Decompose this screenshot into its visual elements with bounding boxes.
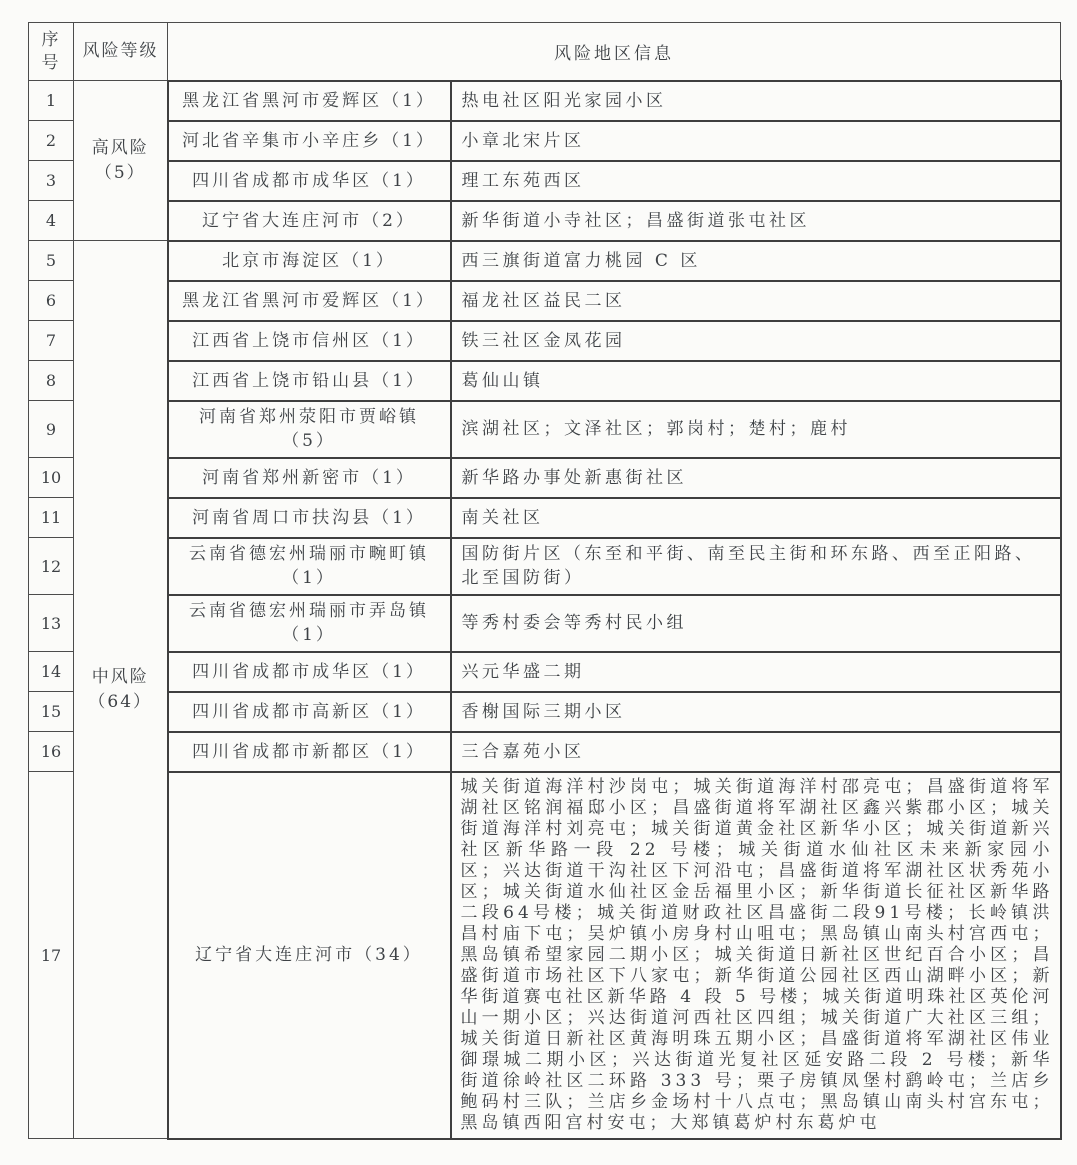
row-index-cell: 14 — [29, 652, 74, 692]
row-index-cell: 9 — [29, 401, 74, 458]
table-body: 1高风险（5）黑龙江省黑河市爱辉区（1）热电社区阳光家园小区2河北省辛集市小辛庄… — [29, 81, 1061, 1139]
header-cell-index: 序号 — [29, 23, 74, 81]
table-row: 14四川省成都市成华区（1）兴元华盛二期 — [29, 652, 1061, 692]
region-cell: 北京市海淀区（1） — [168, 241, 451, 281]
header-cell-level: 风险等级 — [74, 23, 168, 81]
region-cell: 河南省郑州新密市（1） — [168, 458, 451, 498]
header-cell-info: 风险地区信息 — [168, 23, 1061, 81]
table-row: 9河南省郑州荥阳市贾峪镇（5）滨湖社区；文泽社区；郭岗村；楚村；鹿村 — [29, 401, 1061, 458]
region-cell: 云南省德宏州瑞丽市畹町镇（1） — [168, 538, 451, 595]
region-cell: 河北省辛集市小辛庄乡（1） — [168, 121, 451, 161]
region-cell: 四川省成都市成华区（1） — [168, 161, 451, 201]
row-index-cell: 5 — [29, 241, 74, 281]
region-cell: 河南省郑州荥阳市贾峪镇（5） — [168, 401, 451, 458]
region-cell: 黑龙江省黑河市爱辉区（1） — [168, 81, 451, 121]
risk-level-label: 高风险 — [78, 136, 163, 161]
table-row: 8江西省上饶市铅山县（1）葛仙山镇 — [29, 361, 1061, 401]
row-index-cell: 16 — [29, 732, 74, 772]
row-index-cell: 17 — [29, 772, 74, 1139]
table-row: 1高风险（5）黑龙江省黑河市爱辉区（1）热电社区阳光家园小区 — [29, 81, 1061, 121]
row-index-cell: 1 — [29, 81, 74, 121]
risk-level-cell: 中风险（64） — [74, 241, 168, 1139]
detail-cell: 城关街道海洋村沙岗屯；城关街道海洋村邵亮屯；昌盛街道将军湖社区铭润福邸小区；昌盛… — [451, 772, 1061, 1139]
detail-cell: 理工东苑西区 — [451, 161, 1061, 201]
row-index-cell: 11 — [29, 498, 74, 538]
detail-cell: 兴元华盛二期 — [451, 652, 1061, 692]
detail-cell: 三合嘉苑小区 — [451, 732, 1061, 772]
table-row: 3四川省成都市成华区（1）理工东苑西区 — [29, 161, 1061, 201]
region-cell: 四川省成都市高新区（1） — [168, 692, 451, 732]
detail-cell: 西三旗街道富力桃园 C 区 — [451, 241, 1061, 281]
region-cell: 四川省成都市成华区（1） — [168, 652, 451, 692]
detail-cell: 南关社区 — [451, 498, 1061, 538]
table-row: 6黑龙江省黑河市爱辉区（1）福龙社区益民二区 — [29, 281, 1061, 321]
region-cell: 江西省上饶市信州区（1） — [168, 321, 451, 361]
page-container: 序号 风险等级 风险地区信息 1高风险（5）黑龙江省黑河市爱辉区（1）热电社区阳… — [0, 0, 1077, 1165]
row-index-cell: 3 — [29, 161, 74, 201]
detail-cell: 福龙社区益民二区 — [451, 281, 1061, 321]
detail-cell: 滨湖社区；文泽社区；郭岗村；楚村；鹿村 — [451, 401, 1061, 458]
detail-cell: 小章北宋片区 — [451, 121, 1061, 161]
table-row: 7江西省上饶市信州区（1）铁三社区金凤花园 — [29, 321, 1061, 361]
row-index-cell: 13 — [29, 595, 74, 652]
table-row: 4辽宁省大连庄河市（2）新华街道小寺社区；昌盛街道张屯社区 — [29, 201, 1061, 241]
table-row: 2河北省辛集市小辛庄乡（1）小章北宋片区 — [29, 121, 1061, 161]
table-row: 16四川省成都市新都区（1）三合嘉苑小区 — [29, 732, 1061, 772]
table-row: 12云南省德宏州瑞丽市畹町镇（1）国防街片区（东至和平街、南至民主街和环东路、西… — [29, 538, 1061, 595]
row-index-cell: 10 — [29, 458, 74, 498]
region-cell: 四川省成都市新都区（1） — [168, 732, 451, 772]
risk-area-table: 序号 风险等级 风险地区信息 1高风险（5）黑龙江省黑河市爱辉区（1）热电社区阳… — [28, 22, 1062, 1140]
region-cell: 云南省德宏州瑞丽市弄岛镇（1） — [168, 595, 451, 652]
row-index-cell: 2 — [29, 121, 74, 161]
table-row: 10河南省郑州新密市（1）新华路办事处新惠街社区 — [29, 458, 1061, 498]
risk-level-count: （5） — [78, 161, 163, 186]
table-row: 13云南省德宏州瑞丽市弄岛镇（1）等秀村委会等秀村民小组 — [29, 595, 1061, 652]
detail-cell: 新华路办事处新惠街社区 — [451, 458, 1061, 498]
detail-cell: 铁三社区金凤花园 — [451, 321, 1061, 361]
row-index-cell: 12 — [29, 538, 74, 595]
region-cell: 辽宁省大连庄河市（34） — [168, 772, 451, 1139]
region-cell: 江西省上饶市铅山县（1） — [168, 361, 451, 401]
table-row: 5中风险（64）北京市海淀区（1）西三旗街道富力桃园 C 区 — [29, 241, 1061, 281]
detail-cell: 热电社区阳光家园小区 — [451, 81, 1061, 121]
risk-level-label: 中风险 — [78, 665, 163, 690]
detail-cell: 葛仙山镇 — [451, 361, 1061, 401]
row-index-cell: 6 — [29, 281, 74, 321]
row-index-cell: 4 — [29, 201, 74, 241]
region-cell: 辽宁省大连庄河市（2） — [168, 201, 451, 241]
table-header-row: 序号 风险等级 风险地区信息 — [29, 23, 1061, 81]
detail-cell: 国防街片区（东至和平街、南至民主街和环东路、西至正阳路、北至国防街） — [451, 538, 1061, 595]
risk-level-count: （64） — [78, 690, 163, 715]
table-row: 15四川省成都市高新区（1）香榭国际三期小区 — [29, 692, 1061, 732]
region-cell: 河南省周口市扶沟县（1） — [168, 498, 451, 538]
detail-cell: 香榭国际三期小区 — [451, 692, 1061, 732]
risk-level-cell: 高风险（5） — [74, 81, 168, 241]
table-row: 11河南省周口市扶沟县（1）南关社区 — [29, 498, 1061, 538]
row-index-cell: 8 — [29, 361, 74, 401]
detail-cell: 新华街道小寺社区；昌盛街道张屯社区 — [451, 201, 1061, 241]
row-index-cell: 7 — [29, 321, 74, 361]
detail-cell: 等秀村委会等秀村民小组 — [451, 595, 1061, 652]
region-cell: 黑龙江省黑河市爱辉区（1） — [168, 281, 451, 321]
table-row: 17辽宁省大连庄河市（34）城关街道海洋村沙岗屯；城关街道海洋村邵亮屯；昌盛街道… — [29, 772, 1061, 1139]
row-index-cell: 15 — [29, 692, 74, 732]
